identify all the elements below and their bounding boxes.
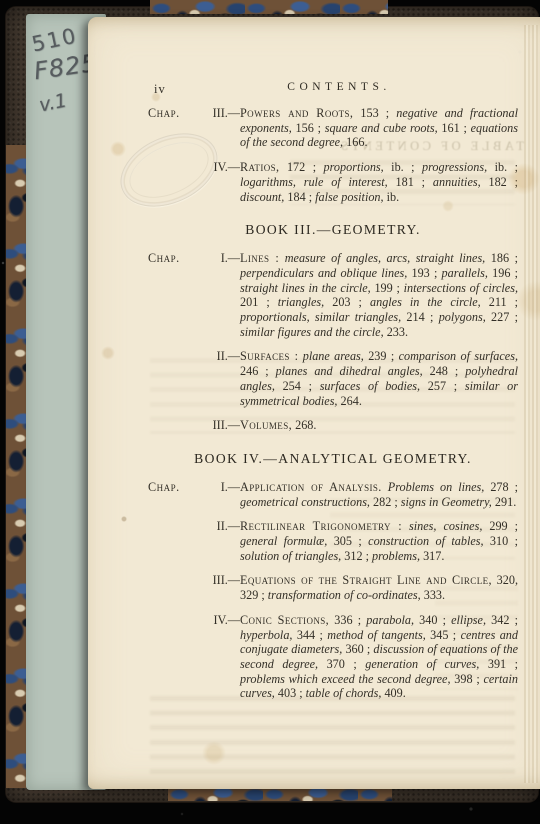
text-segment: 201 ; <box>240 295 278 309</box>
text-segment: 342 ; <box>486 613 518 627</box>
text-segment: 264. <box>337 394 361 408</box>
text-segment: parabola, <box>366 613 414 627</box>
text-segment: 317. <box>420 549 444 563</box>
text-segment: Powers and Roots, <box>240 106 353 120</box>
text-segment: Equations of the Straight Line and Circl… <box>240 573 492 587</box>
text-segment: 166. <box>343 135 367 149</box>
text-segment: 184 ; <box>284 190 315 204</box>
text-segment: 345 ; <box>426 628 461 642</box>
page-content: iv CONTENTS. Chap.III.—Powers and Roots,… <box>148 81 518 701</box>
bleed-through-lines <box>150 696 515 776</box>
entry-head: Chap.III.— <box>148 106 240 150</box>
text-segment: solution of triangles, <box>240 549 341 563</box>
chapter-numeral: II.— <box>217 349 240 408</box>
text-segment: 398 ; <box>451 672 484 686</box>
text-segment: 233. <box>384 325 408 339</box>
entry-head: III.— <box>148 418 240 433</box>
text-segment: polygons, <box>439 310 486 324</box>
entry-head: III.— <box>148 573 240 602</box>
text-segment: generation of curves, <box>365 657 479 671</box>
entry-body: Rectilinear Trigonometry : sines, cosine… <box>240 519 518 563</box>
entry-body: Application of Analysis. Problems on lin… <box>240 480 518 509</box>
text-segment: 153 ; <box>353 106 396 120</box>
text-segment: 203 ; <box>324 295 370 309</box>
text-segment: 312 ; <box>341 549 372 563</box>
text-segment: 156 ; <box>292 121 325 135</box>
text-segment: 282 ; <box>370 495 401 509</box>
text-segment: 181 ; <box>388 175 433 189</box>
marbled-paper-top-edge <box>150 0 388 14</box>
text-segment: Conic Sections, <box>240 613 329 627</box>
chapter-numeral: III.— <box>213 106 240 150</box>
text-segment: 403 ; <box>275 686 306 700</box>
text-segment: angles in the circle, <box>370 295 481 309</box>
entry-head: IV.— <box>148 613 240 701</box>
text-segment: 214 ; <box>401 310 439 324</box>
text-segment: perpendiculars and oblique lines, <box>240 266 407 280</box>
chapter-numeral: I.— <box>221 480 240 509</box>
toc-entry: Chap.III.—Powers and Roots, 153 ; negati… <box>148 106 518 150</box>
text-segment: method of tangents, <box>327 628 425 642</box>
text-segment: problems, <box>372 549 420 563</box>
text-segment: discount, <box>240 190 284 204</box>
text-segment: Rectilinear Trigonometry : <box>240 519 402 533</box>
book-photo: 510 F825 v.1 TABLE OF CONTENTS iv CONTEN… <box>0 0 540 824</box>
text-segment: Volumes, <box>240 418 292 432</box>
toc-entry: II.—Surfaces : plane areas, 239 ; compar… <box>148 349 518 408</box>
text-segment: 227 ; <box>486 310 518 324</box>
text-segment: 172 ; <box>279 160 323 174</box>
text-segment: Ratios, <box>240 160 279 174</box>
entry-body: Lines : measure of angles, arcs, straigh… <box>240 251 518 339</box>
chapter-numeral: III.— <box>213 573 240 602</box>
toc-entry: III.—Volumes, 268. <box>148 418 518 433</box>
text-segment: ellipse, <box>451 613 486 627</box>
text-segment: signs in Geometry, <box>401 495 492 509</box>
chapter-numeral: I.— <box>221 251 240 339</box>
text-segment: geometrical constructions, <box>240 495 370 509</box>
text-segment: measure of angles, arcs, straight lines, <box>279 251 485 265</box>
text-segment: Surfaces : <box>240 349 298 363</box>
text-segment: 193 ; <box>407 266 441 280</box>
text-segment: 333. <box>421 588 445 602</box>
text-segment: ib. <box>384 190 400 204</box>
text-segment: sines, cosines, <box>402 519 482 533</box>
text-segment: 248 ; <box>423 364 466 378</box>
text-segment: proportions, <box>324 160 384 174</box>
text-segment: general formulæ, <box>240 534 327 548</box>
text-segment: parallels, <box>442 266 488 280</box>
text-segment: transformation of co-ordinates, <box>268 588 421 602</box>
text-segment: 344 ; <box>292 628 327 642</box>
text-segment: progressions, <box>422 160 487 174</box>
text-segment: Problems on lines, <box>382 480 485 494</box>
text-segment: 239 ; <box>364 349 399 363</box>
entry-body: Powers and Roots, 153 ; negative and fra… <box>240 106 518 150</box>
text-segment: 268. <box>292 418 316 432</box>
text-segment: 391 ; <box>479 657 518 671</box>
text-segment: 254 ; <box>275 379 320 393</box>
text-segment: proportionals, similar triangles, <box>240 310 401 324</box>
text-segment: ib. ; <box>487 160 518 174</box>
entry-head: II.— <box>148 519 240 563</box>
text-segment: ib. ; <box>384 160 422 174</box>
entry-head: Chap.I.— <box>148 480 240 509</box>
toc-entry: IV.—Ratios, 172 ; proportions, ib. ; pro… <box>148 160 518 204</box>
text-segment: planes and dihedral angles, <box>276 364 423 378</box>
text-segment: 305 ; <box>327 534 368 548</box>
text-segment: 186 ; <box>485 251 518 265</box>
entry-body: Equations of the Straight Line and Circl… <box>240 573 518 602</box>
text-segment: false position, <box>315 190 383 204</box>
entry-head: IV.— <box>148 160 240 204</box>
toc-entry: III.—Equations of the Straight Line and … <box>148 573 518 602</box>
page-fore-edge <box>522 25 540 783</box>
text-segment: Application of Analysis. <box>240 480 382 494</box>
text-segment: triangles, <box>278 295 324 309</box>
text-segment: 310 ; <box>484 534 518 548</box>
running-head: iv CONTENTS. <box>148 81 518 97</box>
text-segment: 409. <box>381 686 405 700</box>
text-segment: 257 ; <box>420 379 465 393</box>
text-segment: 370 ; <box>318 657 365 671</box>
book-heading: BOOK IV.—ANALYTICAL GEOMETRY. <box>148 451 518 467</box>
text-segment: similar figures and the circle, <box>240 325 384 339</box>
text-segment: 340 ; <box>414 613 451 627</box>
entry-body: Volumes, 268. <box>240 418 518 433</box>
text-segment: 211 ; <box>481 295 518 309</box>
book-heading: BOOK III.—GEOMETRY. <box>148 222 518 238</box>
toc-entry: Chap.I.—Lines : measure of angles, arcs,… <box>148 251 518 339</box>
text-segment: square and cube roots, <box>325 121 438 135</box>
toc-entry: IV.—Conic Sections, 336 ; parabola, 340 … <box>148 613 518 701</box>
entry-body: Conic Sections, 336 ; parabola, 340 ; el… <box>240 613 518 701</box>
chapter-label: Chap. <box>148 106 180 150</box>
text-segment: 278 ; <box>484 480 518 494</box>
text-segment: 199 ; <box>371 281 404 295</box>
text-segment: 196 ; <box>488 266 518 280</box>
toc-entry: II.—Rectilinear Trigonometry : sines, co… <box>148 519 518 563</box>
text-segment: comparison of surfaces, <box>399 349 518 363</box>
entry-body: Surfaces : plane areas, 239 ; comparison… <box>240 349 518 408</box>
text-segment: intersections of circles, <box>404 281 518 295</box>
text-segment: hyperbola, <box>240 628 292 642</box>
chapter-numeral: II.— <box>217 519 240 563</box>
text-segment: 161 ; <box>438 121 471 135</box>
chapter-numeral: III.— <box>213 418 240 433</box>
text-segment: table of chords, <box>306 686 382 700</box>
text-segment: logarithms, rule of interest, <box>240 175 388 189</box>
chapter-numeral: IV.— <box>213 160 240 204</box>
text-segment: straight lines in the circle, <box>240 281 371 295</box>
text-segment: 182 ; <box>481 175 518 189</box>
toc-entry: Chap.I.—Application of Analysis. Problem… <box>148 480 518 509</box>
text-segment: construction of tables, <box>368 534 483 548</box>
contents-page: TABLE OF CONTENTS iv CONTENTS. Chap.III.… <box>88 17 540 789</box>
entry-head: Chap.I.— <box>148 251 240 339</box>
entry-body: Ratios, 172 ; proportions, ib. ; progres… <box>240 160 518 204</box>
text-segment: problems which exceed the second degree, <box>240 672 451 686</box>
text-segment: Lines : <box>240 251 279 265</box>
table-of-contents: Chap.III.—Powers and Roots, 153 ; negati… <box>148 106 518 701</box>
page-number: iv <box>154 82 166 97</box>
text-segment: 246 ; <box>240 364 276 378</box>
text-segment: plane areas, <box>298 349 363 363</box>
text-segment: 336 ; <box>329 613 366 627</box>
entry-head: II.— <box>148 349 240 408</box>
text-segment: annuities, <box>433 175 481 189</box>
running-title: CONTENTS. <box>148 81 518 93</box>
chapter-numeral: IV.— <box>213 613 240 701</box>
text-segment: surfaces of bodies, <box>320 379 420 393</box>
text-segment: 360 ; <box>342 642 373 656</box>
chapter-label: Chap. <box>148 480 180 509</box>
text-segment: 299 ; <box>482 519 518 533</box>
chapter-label: Chap. <box>148 251 180 339</box>
text-segment: 291. <box>492 495 516 509</box>
